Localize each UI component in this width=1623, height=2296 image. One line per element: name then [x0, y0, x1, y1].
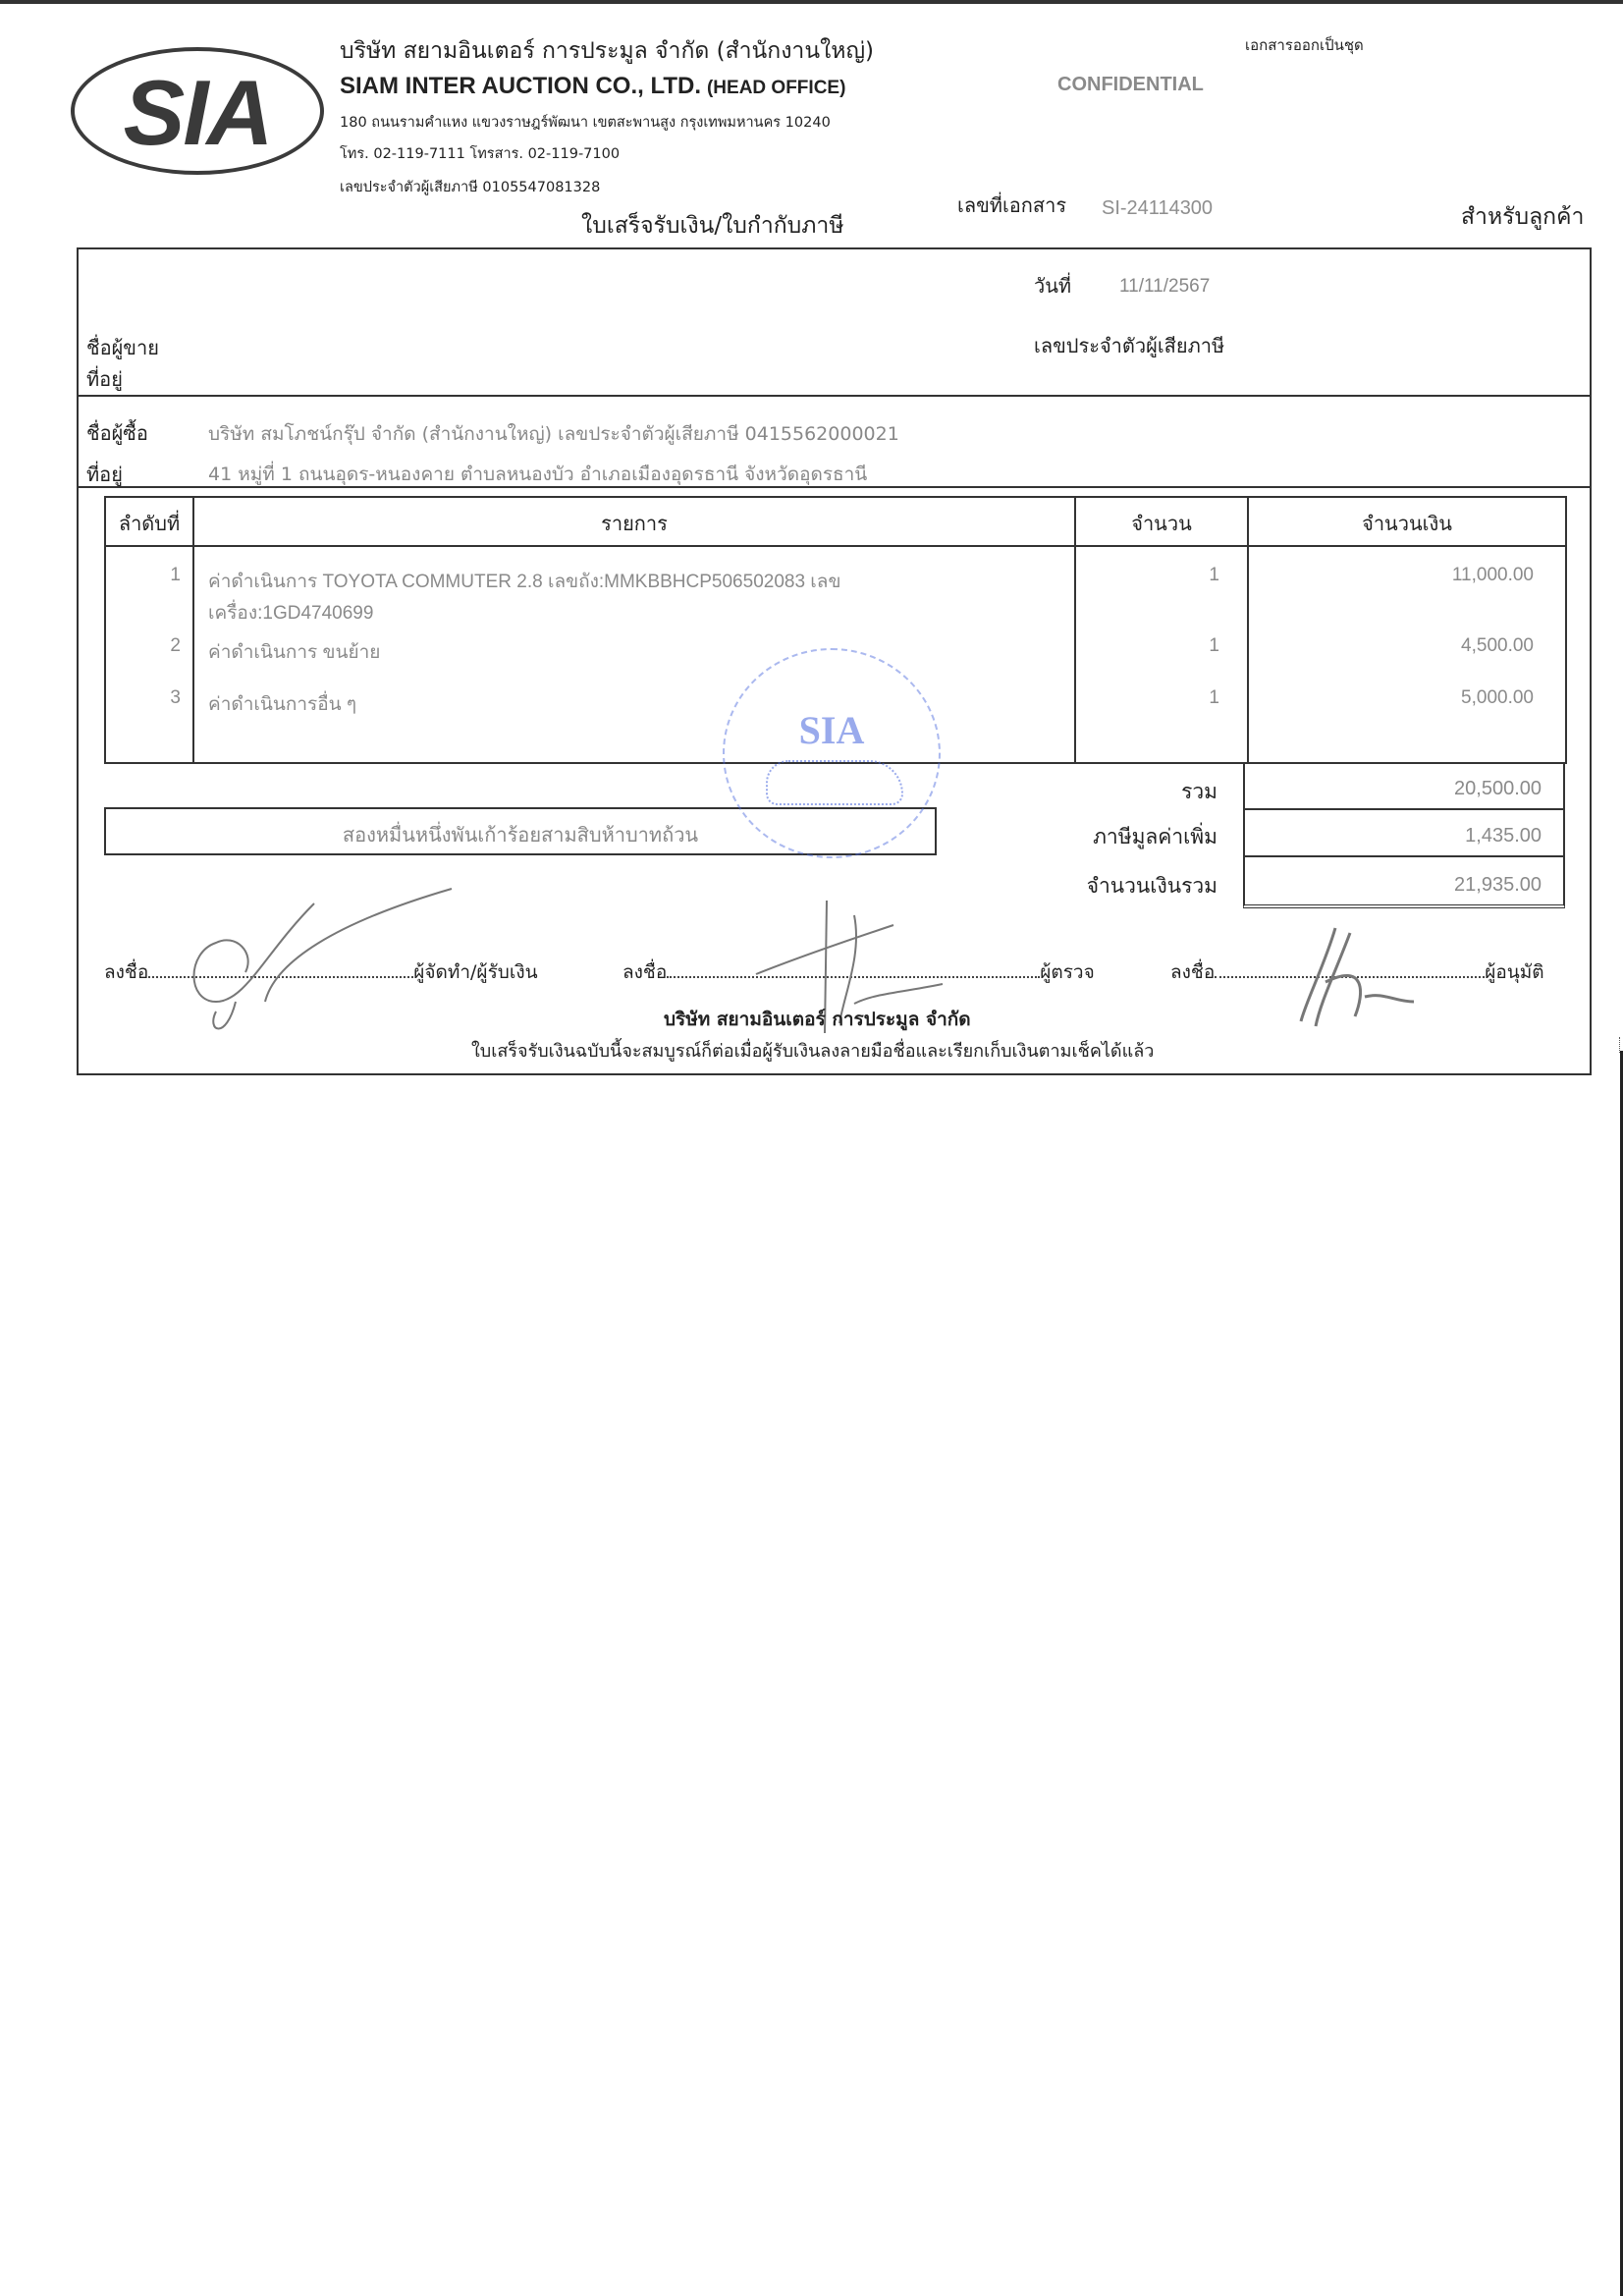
vat-label: ภาษีมูลค่าเพิ่ม: [923, 821, 1217, 853]
subtotal-value: 20,500.00: [1247, 778, 1542, 800]
doc-number-label: เลขที่เอกสาร: [957, 190, 1066, 221]
footer-note: ใบเสร็จรับเงินฉบับนี้จะสมบูรณ์ก็ต่อเมื่อ…: [471, 1036, 1154, 1065]
buyer-address-label: ที่อยู่: [86, 459, 123, 490]
company-logo: SIA: [71, 47, 324, 175]
seller-tax-id-label: เลขประจำตัวผู้เสียภาษี: [1034, 330, 1224, 361]
grand-total-value: 21,935.00: [1247, 874, 1542, 897]
date-label: วันที่: [1034, 270, 1071, 301]
approver-role: ผู้อนุมัติ: [1485, 961, 1543, 983]
company-phone: โทร. 02-119-7111 โทรสาร. 02-119-7100: [340, 142, 620, 165]
header-amount: จำนวนเงิน: [1249, 508, 1565, 539]
row-amount: 4,500.00: [1249, 635, 1534, 657]
company-tax-id: เลขประจำตัวผู้เสียภาษี 0105547081328: [340, 176, 600, 198]
row-amount: 11,000.00: [1249, 565, 1534, 586]
doc-number: SI-24114300: [1102, 197, 1213, 220]
stamp-text: SIA: [725, 707, 939, 753]
logo-text: SIA: [75, 55, 320, 171]
sign-label: ลงชื่อ: [1170, 961, 1215, 983]
row-amount: 5,000.00: [1249, 687, 1534, 709]
scan-top-edge: [0, 0, 1623, 4]
company-stamp: SIA: [723, 648, 941, 858]
company-branch: (HEAD OFFICE): [707, 78, 845, 98]
header-qty: จำนวน: [1076, 508, 1247, 539]
seller-name-label: ชื่อผู้ขาย: [86, 332, 159, 363]
company-name-en-text: SIAM INTER AUCTION CO., LTD.: [340, 73, 701, 99]
sign-label: ลงชื่อ: [622, 961, 667, 983]
row-qty: 1: [1076, 635, 1219, 657]
sign-label: ลงชื่อ: [104, 961, 148, 983]
row-qty: 1: [1076, 565, 1219, 586]
header-no: ลำดับที่: [106, 508, 192, 539]
row-desc-cont: เครื่อง:1GD4740699: [208, 598, 373, 628]
handwritten-signature-icon: [177, 884, 471, 1041]
row-desc: ค่าดำเนินการ ขนย้าย: [208, 637, 380, 667]
header-divider: [106, 545, 1565, 547]
company-name-th: บริษัท สยามอินเตอร์ การประมูล จำกัด (สำน…: [340, 33, 874, 69]
row-no: 2: [106, 635, 181, 657]
seller-address-label: ที่อยู่: [86, 363, 123, 395]
confidential-mark: CONFIDENTIAL: [1057, 74, 1204, 96]
date-value: 11/11/2567: [1119, 276, 1210, 298]
header-description: รายการ: [194, 508, 1074, 539]
row-desc: ค่าดำเนินการ TOYOTA COMMUTER 2.8 เลขถัง:…: [208, 567, 840, 596]
company-address: 180 ถนนรามคำแหง แขวงราษฎร์พัฒนา เขตสะพาน…: [340, 111, 831, 134]
vat-value: 1,435.00: [1247, 825, 1542, 847]
subtotal-label: รวม: [923, 776, 1217, 808]
copy-label: สำหรับลูกค้า: [1461, 199, 1584, 235]
row-desc: ค่าดำเนินการอื่น ๆ: [208, 689, 356, 719]
handwritten-signature-icon: [1296, 923, 1473, 1031]
row-no: 3: [106, 687, 181, 709]
document-title: ใบเสร็จรับเงิน/ใบกำกับภาษี: [581, 208, 844, 244]
buyer-address: 41 หมู่ที่ 1 ถนนอุดร-หนองคาย ตำบลหนองบัว…: [208, 460, 867, 489]
row-qty: 1: [1076, 687, 1219, 709]
buyer-name: บริษัท สมโภชน์กรุ๊ป จำกัด (สำนักงานใหญ่)…: [208, 419, 899, 449]
set-note: เอกสารออกเป็นชุด: [1245, 33, 1364, 57]
row-no: 1: [106, 565, 181, 586]
divider: [77, 395, 1592, 397]
footer-company: บริษัท สยามอินเตอร์ การประมูล จำกัด: [664, 1005, 971, 1034]
stamp-car-icon: [766, 760, 903, 805]
checker-role: ผู้ตรวจ: [1040, 961, 1094, 983]
buyer-name-label: ชื่อผู้ซื้อ: [86, 417, 148, 449]
company-name-en: SIAM INTER AUCTION CO., LTD.(HEAD OFFICE…: [340, 73, 845, 100]
